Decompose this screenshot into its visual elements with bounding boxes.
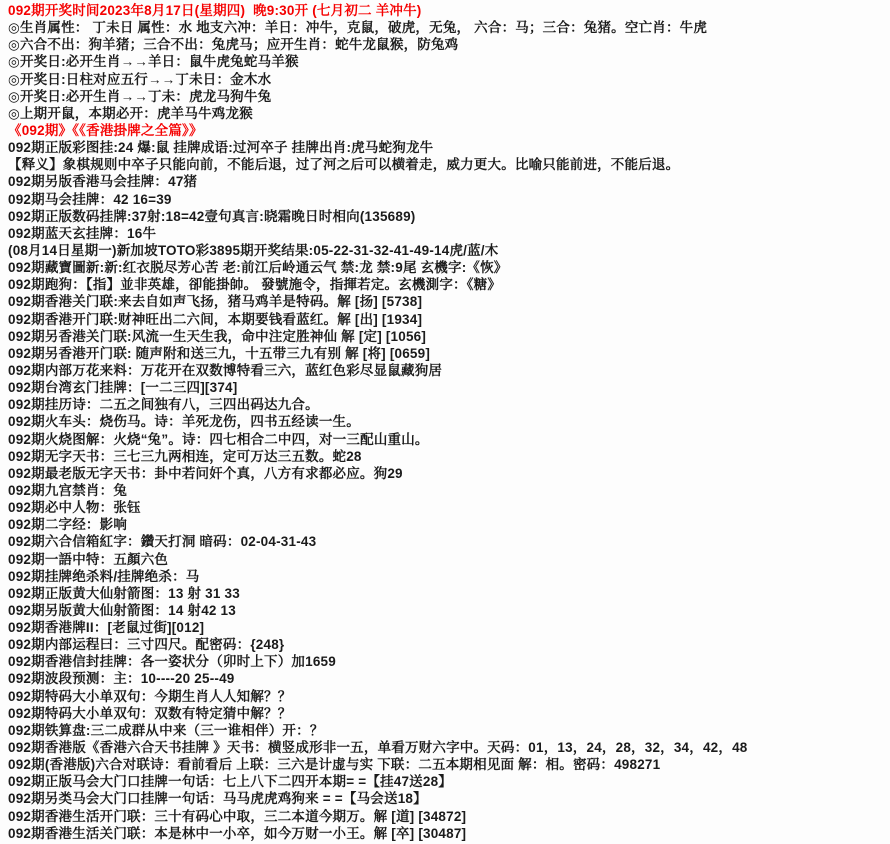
text-line: 092期香港生活开门联：三十有码心中取，三二本道今期万。解 [道] [34872… [8, 808, 886, 825]
text-line: 092期另香港关门联:风流一生天生我，命中注定胜神仙 解 [定] [1056] [8, 328, 886, 345]
text-line: 092期最老版无字天书：卦中若问奸个真，八方有求都必应。狗29 [8, 465, 886, 482]
text-line: 092期马会挂牌：42 16=39 [8, 191, 886, 208]
text-line: 092期正版黄大仙射箭图：13 射 31 33 [8, 585, 886, 602]
lottery-text-page: 092期开奖时间2023年8月17日(星期四) 晚9:30开 (七月初二 羊冲牛… [0, 0, 890, 844]
text-line: 092期一語中特：五顏六色 [8, 551, 886, 568]
text-line: 092期火烧图解：火烧“兔”。诗：四七相合二中四，对一三配山重山。 [8, 431, 886, 448]
text-line: ◎上期开鼠，本期必开：虎羊马牛鸡龙猴 [8, 105, 886, 122]
text-line: 092期另版黄大仙射箭图：14 射42 13 [8, 602, 886, 619]
text-line: 092期波段预测：主：10----20 25--49 [8, 670, 886, 687]
text-line: 092期香港牌II：[老鼠过街][012] [8, 619, 886, 636]
document-body: 092期开奖时间2023年8月17日(星期四) 晚9:30开 (七月初二 羊冲牛… [8, 2, 886, 842]
text-line: 092期六合信箱紅字：鑽天打洞 暗码：02-04-31-43 [8, 533, 886, 550]
text-line: 092期正版马会大门口挂牌一句话：七上八下二四开本期= =【挂47送28】 [8, 773, 886, 790]
text-line: 092期二字经：影响 [8, 516, 886, 533]
text-line: 092期挂牌绝杀料/挂牌绝杀：马 [8, 568, 886, 585]
text-line: 092期必中人物：张钰 [8, 499, 886, 516]
text-line: 092期香港版《香港六合天书挂牌 》天书：横竖成形非一五，单看万财六字中。天码：… [8, 739, 886, 756]
text-line: 092期开奖时间2023年8月17日(星期四) 晚9:30开 (七月初二 羊冲牛… [8, 2, 886, 19]
text-line: ◎六合不出：狗羊猪；三合不出：兔虎马；应开生肖：蛇牛龙鼠猴，防兔鸡 [8, 36, 886, 53]
text-line: 092期蓝天玄挂牌：16牛 [8, 225, 886, 242]
text-line: 【释义】象棋规则中卒子只能向前，不能后退，过了河之后可以横着走，威力更大。比喻只… [8, 156, 886, 173]
text-line: 092期九宫禁肖：兔 [8, 482, 886, 499]
text-line: 092期另版香港马会挂牌：47猪 [8, 173, 886, 190]
text-line: 092期铁算盘:三二成群从中来（三一谁相伴）开：？ [8, 722, 886, 739]
text-line: 092期火车头：烧伤马。诗：羊死龙伤，四书五经读一生。 [8, 413, 886, 430]
text-line: 092期跑狗：【指】並非英雄，卻能掛帥。 發號施令，指揮若定。玄機測字：《糖》 [8, 276, 886, 293]
text-line: ◎生肖属性： 丁未日 属性：水 地支六冲：羊日：冲牛，克鼠，破虎，无兔， 六合：… [8, 19, 886, 36]
text-line: 092期藏寶圖新:新:红衣脱尽芳心苦 老:前江后岭通云气 禁:龙 禁:9尾 玄機… [8, 259, 886, 276]
text-line: ◎开奖日:日柱对应五行→→丁未日：金木水 [8, 71, 886, 88]
text-line: 092期(香港版)六合对联诗：看前看后 上联：三六是计虚与实 下联：二五本期相见… [8, 756, 886, 773]
text-line: 092期无字天书：三七三九两相连，定可万达三五数。蛇28 [8, 448, 886, 465]
text-line: 092期台湾玄门挂牌：[一二三四][374] [8, 379, 886, 396]
text-line: 092期特码大小单双句：今期生肖人人知解？？ [8, 688, 886, 705]
text-line: 092期香港生活关门联：本是林中一小卒，如今万财一小王。解 [卒] [30487… [8, 825, 886, 842]
text-line: 092期香港关门联:来去自如声飞扬，猪马鸡羊是特码。解 [扬] [5738] [8, 293, 886, 310]
text-line: 092期内部运程曰：三寸四尺。配密码：{248} [8, 636, 886, 653]
text-line: ◎开奖日:必开生肖→→羊日：鼠牛虎兔蛇马羊猴 [8, 53, 886, 70]
text-line: 《092期》《《香港掛牌之全篇》》 [8, 122, 886, 139]
text-line: 092期香港开门联:财神旺出二六间，本期要钱看蓝红。解 [出] [1934] [8, 311, 886, 328]
text-line: 092期挂历诗：二五之间独有八，三四出码达九合。 [8, 396, 886, 413]
text-line: 092期另香港开门联: 随声附和送三九，十五带三九有别 解 [将] [0659] [8, 345, 886, 362]
text-line: 092期正版数码挂牌:37射:18=42壹句真言:晓霜晚日时相向(135689) [8, 208, 886, 225]
text-line: 092期另类马会大门口挂牌一句话：马马虎虎鸡狗来 = =【马会送18】 [8, 790, 886, 807]
text-line: 092期香港信封挂牌：各一姿状分（卯时上下）加1659 [8, 653, 886, 670]
text-line: ◎开奖日:必开生肖→→丁未：虎龙马狗牛兔 [8, 88, 886, 105]
text-line: (08月14日星期一)新加坡TOTO彩3895期开奖结果:05-22-31-32… [8, 242, 886, 259]
text-line: 092期正版彩图挂:24 爆:鼠 挂牌成语:过河卒子 挂牌出肖:虎马蛇狗龙牛 [8, 139, 886, 156]
text-line: 092期内部万花来料：万花开在双数博特看三六，蓝红色彩尽显鼠藏狗居 [8, 362, 886, 379]
text-line: 092期特码大小单双句：双数有特定猜中解？？ [8, 705, 886, 722]
